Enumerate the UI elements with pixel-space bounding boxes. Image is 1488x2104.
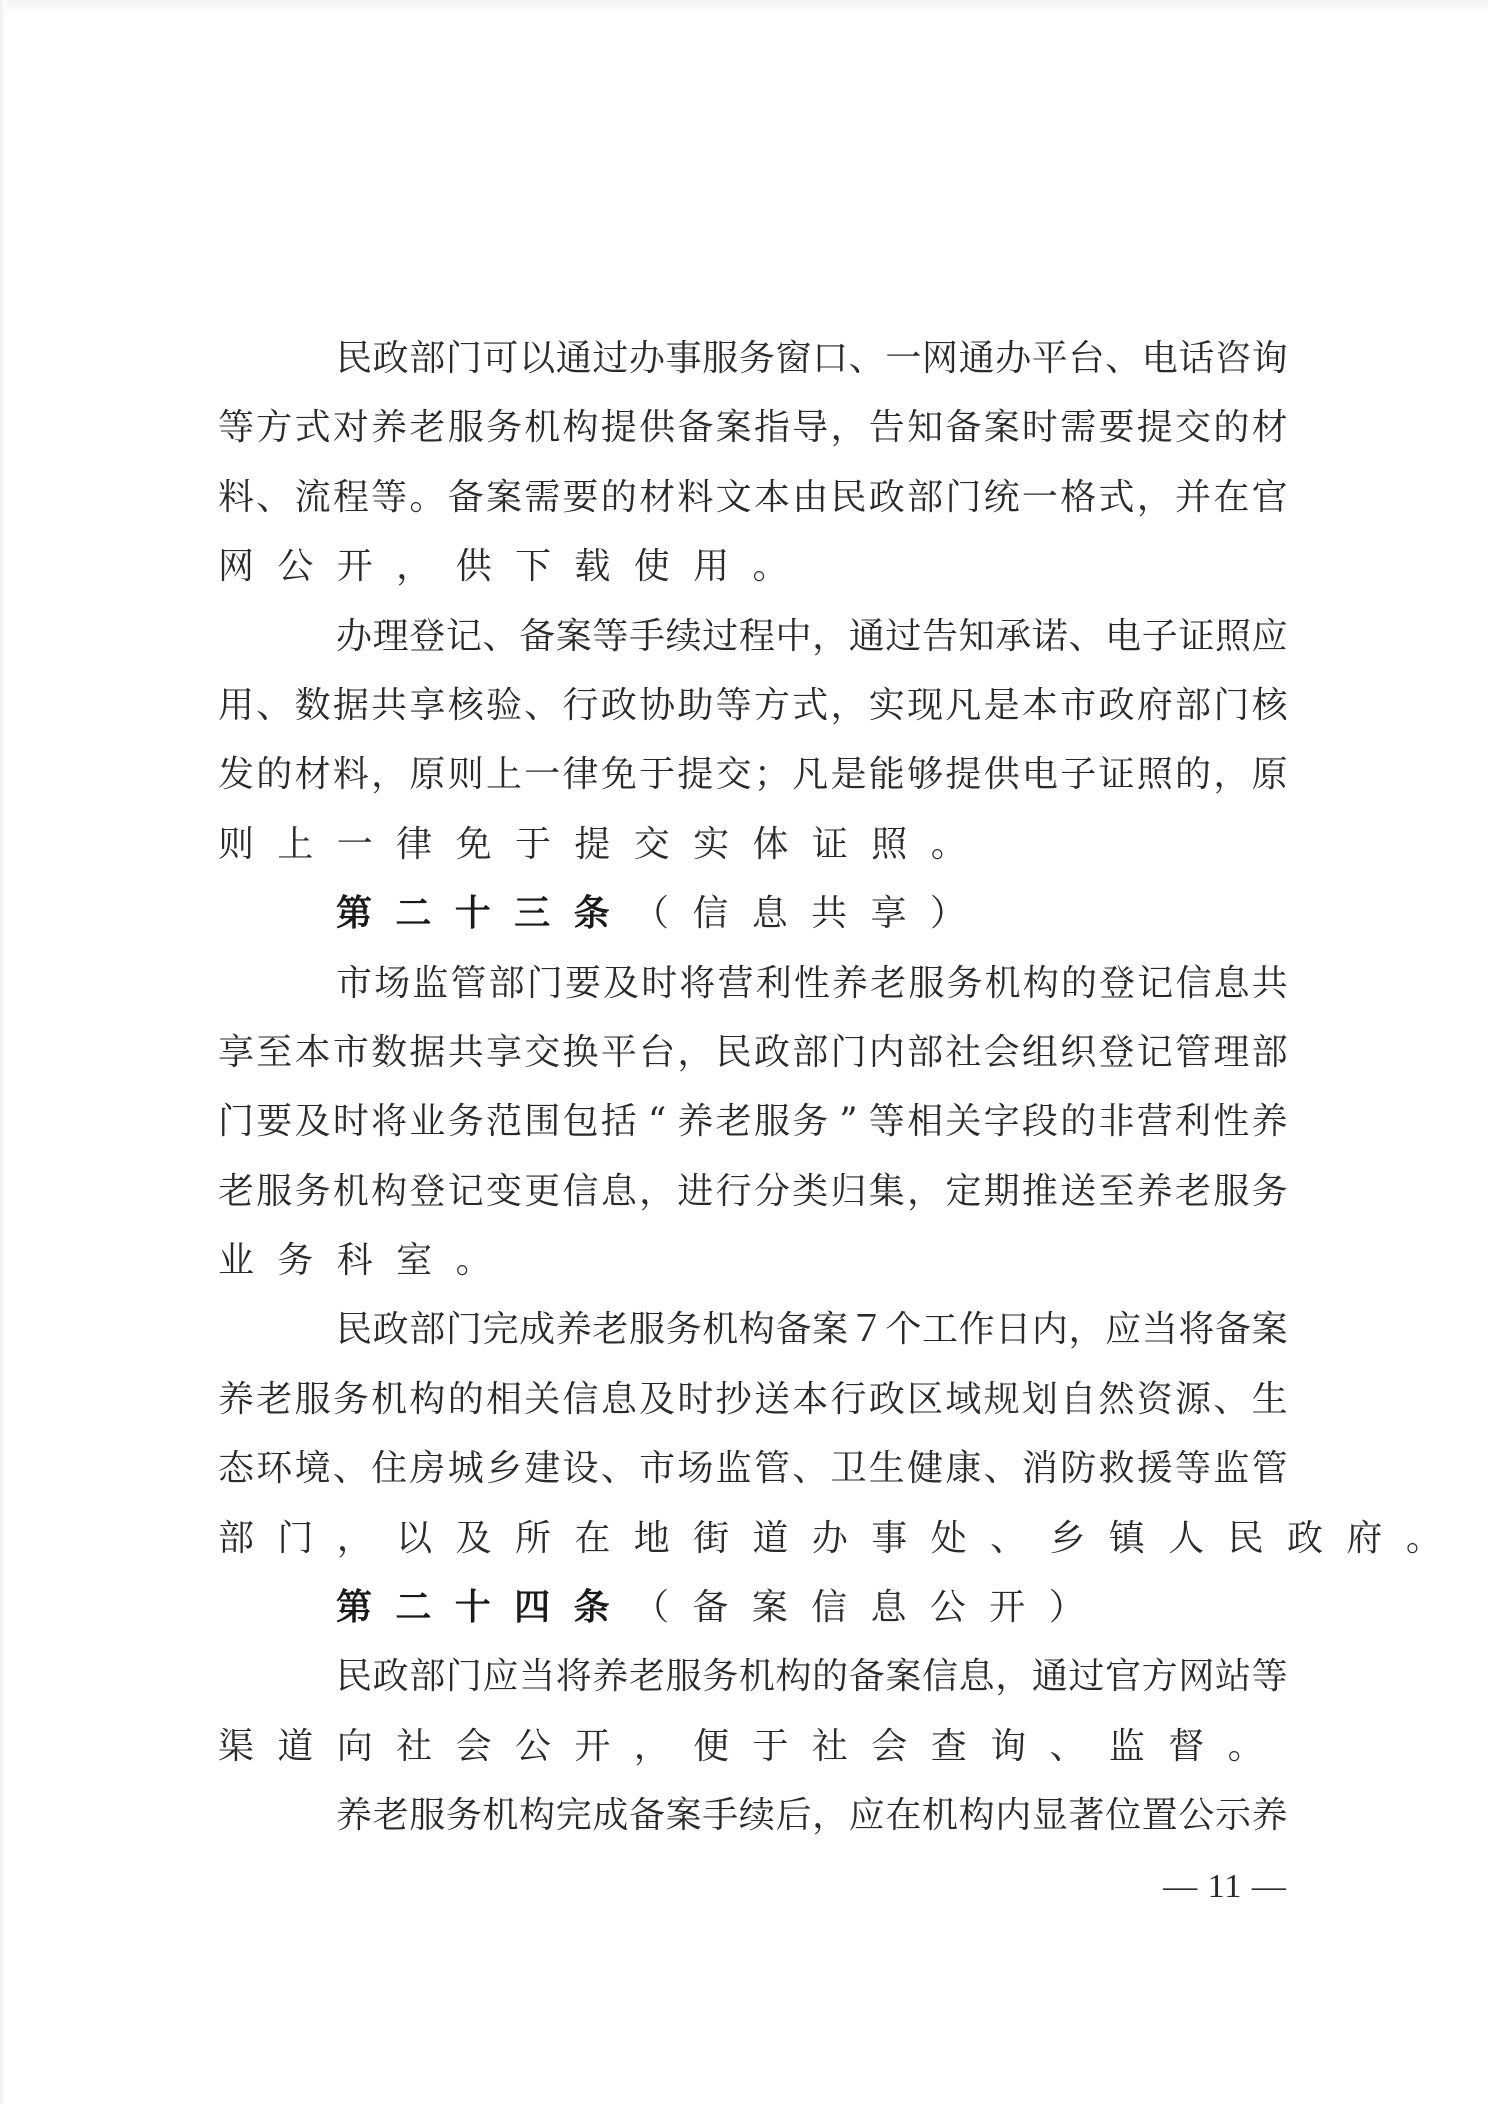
text-line: 用、数据共享核验、行政协助等方式，实现凡是本市政府部门核	[218, 683, 1288, 752]
text-line: 享至本市数据共享交换平台，民政部门内部社会组织登记管理部	[218, 1030, 1288, 1099]
article-title: （备案信息公开）	[633, 1585, 1108, 1654]
scan-edge-left	[0, 0, 6, 2104]
text-line: 业务科室。	[218, 1238, 1288, 1307]
article-number: 第二十四条	[336, 1585, 633, 1654]
article-title: （信息共享）	[633, 891, 989, 960]
text-line: 发的材料，原则上一律免于提交；凡是能够提供电子证照的，原	[218, 752, 1288, 821]
text-line: 等方式对养老服务机构提供备案指导，告知备案时需要提交的材	[218, 405, 1288, 474]
article-heading: 第二十四条（备案信息公开）	[218, 1585, 1288, 1654]
text-line: 料、流程等。备案需要的材料文本由民政部门统一格式，并在官	[218, 475, 1288, 544]
document-page: 民政部门可以通过办事服务窗口、一网通办平台、电话咨询等方式对养老服务机构提供备案…	[0, 0, 1488, 2104]
page-number: — 11 —	[1160, 1868, 1290, 1906]
text-line: 则上一律免于提交实体证照。	[218, 822, 1288, 891]
text-line: 部门，以及所在地街道办事处、乡镇人民政府。	[218, 1516, 1288, 1585]
article-heading: 第二十三条（信息共享）	[218, 891, 1288, 960]
document-body: 民政部门可以通过办事服务窗口、一网通办平台、电话咨询等方式对养老服务机构提供备案…	[218, 336, 1288, 1863]
text-line: 民政部门完成养老服务机构备案７个工作日内，应当将备案	[218, 1307, 1288, 1376]
text-line: 养老服务机构的相关信息及时抄送本行政区域规划自然资源、生	[218, 1377, 1288, 1446]
text-line: 门要及时将业务范围包括“养老服务”等相关字段的非营利性养	[218, 1099, 1288, 1168]
article-number: 第二十三条	[336, 891, 633, 960]
text-line: 网公开，供下载使用。	[218, 544, 1288, 613]
scan-edge-top	[0, 0, 1488, 14]
text-line: 老服务机构登记变更信息，进行分类归集，定期推送至养老服务	[218, 1169, 1288, 1238]
text-line: 态环境、住房城乡建设、市场监管、卫生健康、消防救援等监管	[218, 1446, 1288, 1515]
text-line: 办理登记、备案等手续过程中，通过告知承诺、电子证照应	[218, 614, 1288, 683]
text-line: 民政部门应当将养老服务机构的备案信息，通过官方网站等	[218, 1654, 1288, 1723]
text-line: 渠道向社会公开，便于社会查询、监督。	[218, 1724, 1288, 1793]
text-line: 民政部门可以通过办事服务窗口、一网通办平台、电话咨询	[218, 336, 1288, 405]
text-line: 市场监管部门要及时将营利性养老服务机构的登记信息共	[218, 961, 1288, 1030]
text-line: 养老服务机构完成备案手续后，应在机构内显著位置公示养	[218, 1793, 1288, 1862]
